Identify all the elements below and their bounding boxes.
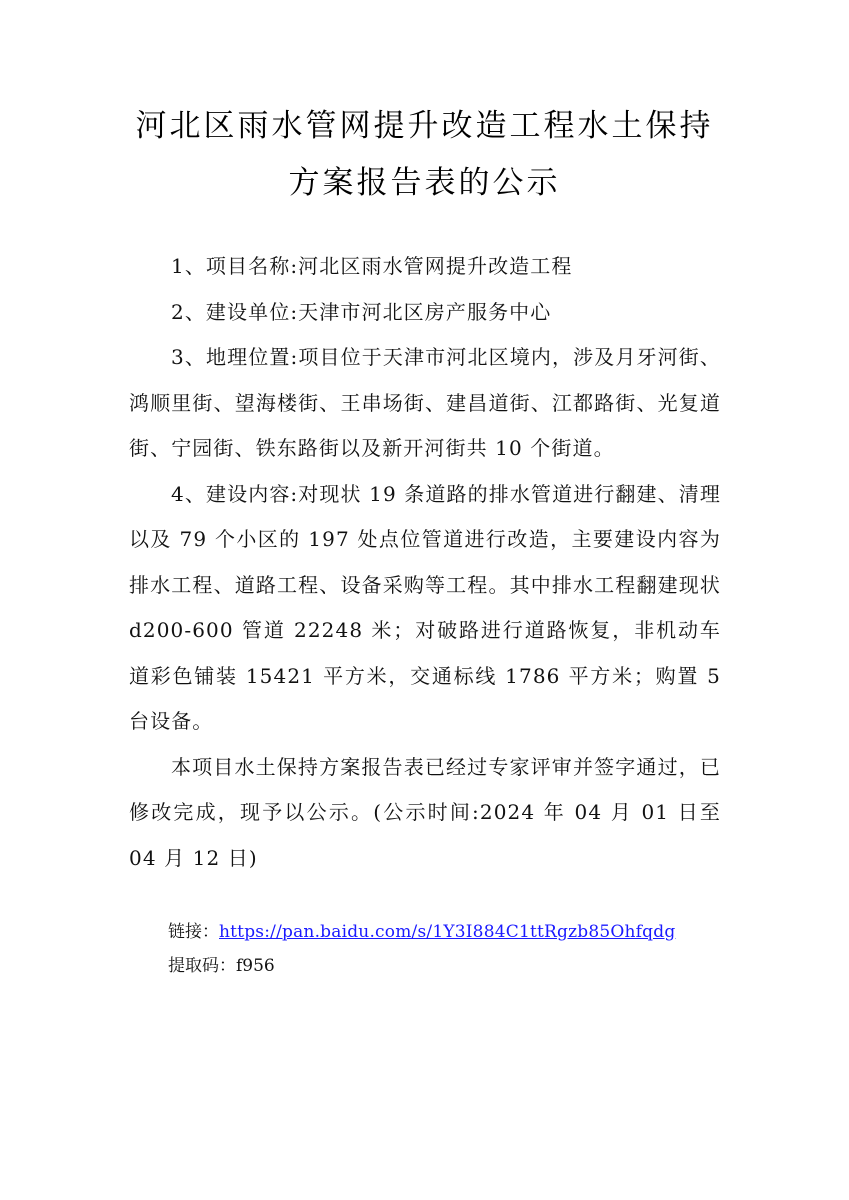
document-body: 1、项目名称:河北区雨水管网提升改造工程 2、建设单位:天津市河北区房产服务中心… bbox=[129, 244, 721, 881]
link-label: 链接： bbox=[168, 922, 219, 942]
paragraph-notice-statement: 本项目水土保持方案报告表已经过专家评审并签字通过，已修改完成，现予以公示。(公示… bbox=[129, 745, 721, 882]
paragraph-location: 3、地理位置:项目位于天津市河北区境内，涉及月牙河街、鸿顺里街、望海楼街、王串场… bbox=[129, 335, 721, 472]
download-link-row: 链接：https://pan.baidu.com/s/1Y3I884C1ttRg… bbox=[168, 915, 675, 949]
extraction-code-label: 提取码： bbox=[168, 956, 236, 976]
paragraph-construction-unit: 2、建设单位:天津市河北区房产服务中心 bbox=[129, 290, 721, 336]
document-title-line-2: 方案报告表的公示 bbox=[100, 168, 749, 199]
extraction-code-row: 提取码：f956 bbox=[168, 949, 675, 983]
paragraph-construction-content: 4、建设内容:对现状 19 条道路的排水管道进行翻建、清理以及 79 个小区的 … bbox=[129, 472, 721, 745]
document-page: 河北区雨水管网提升改造工程水土保持 方案报告表的公示 1、项目名称:河北区雨水管… bbox=[0, 0, 849, 1200]
download-link[interactable]: https://pan.baidu.com/s/1Y3I884C1ttRgzb8… bbox=[219, 922, 675, 942]
download-info: 链接：https://pan.baidu.com/s/1Y3I884C1ttRg… bbox=[168, 915, 675, 983]
extraction-code-value: f956 bbox=[236, 956, 275, 976]
paragraph-project-name: 1、项目名称:河北区雨水管网提升改造工程 bbox=[129, 244, 721, 290]
document-title-line-1: 河北区雨水管网提升改造工程水土保持 bbox=[100, 111, 749, 142]
